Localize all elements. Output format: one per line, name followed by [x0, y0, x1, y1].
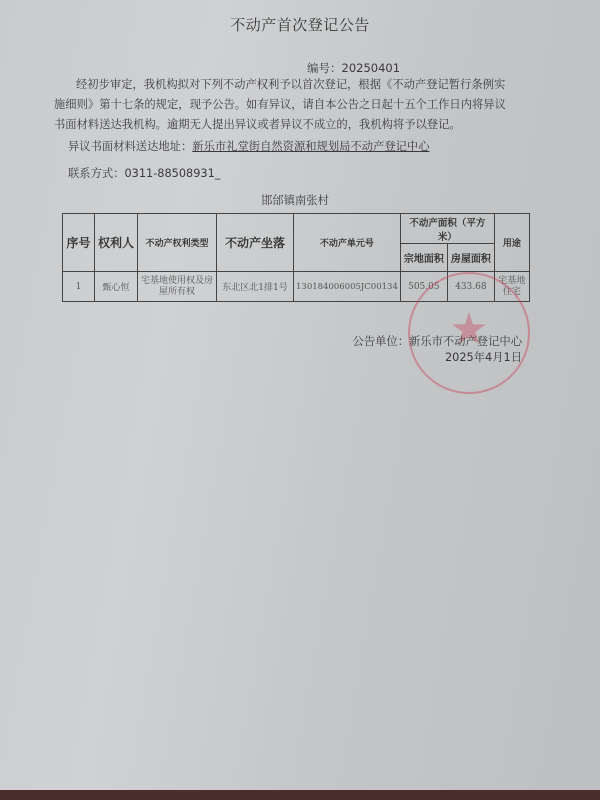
doc-number: 编号：20250401	[307, 60, 400, 76]
header-holder: 权利人	[95, 214, 138, 272]
address-value: 新乐市礼堂街自然资源和规划局不动产登记中心	[192, 140, 429, 153]
cell-right-type: 宅基地使用权及房屋所有权	[138, 272, 217, 302]
announcing-unit: 公告单位：新乐市不动产登记中心	[348, 334, 522, 350]
cell-holder: 甄心恒	[95, 272, 138, 302]
announcement-paragraph: 经初步审定，我机构拟对下列不动产权利予以首次登记，根据《不动产登记暂行条例实施细…	[54, 75, 516, 135]
header-area-group: 不动产面积（平方米）	[400, 214, 494, 244]
header-unit-no: 不动产单元号	[294, 214, 401, 272]
cell-seq: 1	[63, 272, 95, 302]
header-house-area: 房屋面积	[447, 244, 494, 272]
signature-block: 公告单位：新乐市不动产登记中心 2025年4月1日	[348, 334, 522, 366]
header-right-type: 不动产权利类型	[138, 214, 217, 272]
header-usage: 用途	[494, 214, 529, 272]
header-seq: 序号	[63, 214, 95, 272]
cell-unit-no: 130184006005JC00134	[294, 272, 401, 302]
header-land-area: 宗地面积	[400, 244, 447, 272]
village-name: 邯邰镇南张村	[0, 192, 590, 208]
contact-info: 联系方式：0311-88508931_	[68, 165, 220, 181]
header-location: 不动产坐落	[217, 214, 294, 272]
cell-location: 东北区北1排1号	[217, 272, 294, 302]
document-page: 不动产首次登记公告 编号：20250401 经初步审定，我机构拟对下列不动产权利…	[0, 0, 600, 790]
address-label: 异议书面材料送达地址：	[68, 140, 192, 153]
page-title: 不动产首次登记公告	[0, 14, 600, 35]
announcement-date: 2025年4月1日	[348, 350, 522, 366]
official-seal: ★	[408, 272, 530, 394]
objection-address: 异议书面材料送达地址：新乐市礼堂街自然资源和规划局不动产登记中心	[68, 138, 430, 154]
desk-surface	[0, 790, 600, 800]
